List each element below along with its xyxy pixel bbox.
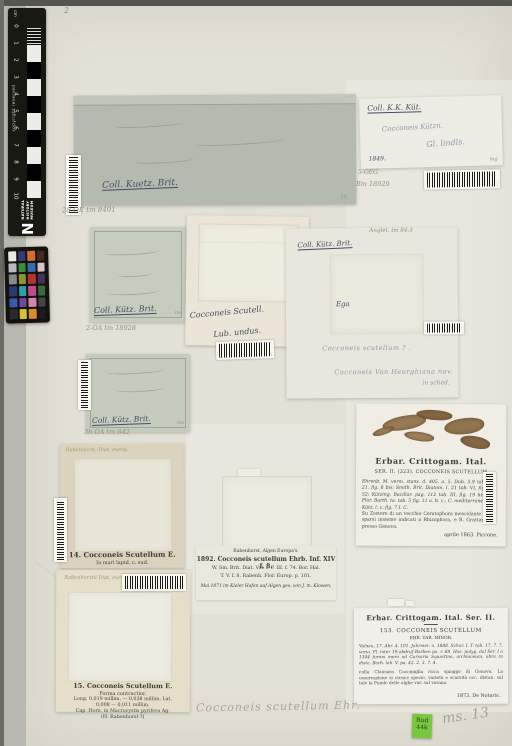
label-measurements: Long. 0,019 millim. — 0,038 millim. Lat. xyxy=(58,697,188,702)
color-swatch xyxy=(10,310,18,320)
color-swatch xyxy=(19,309,27,319)
collection-note: Coll. K.K. Küt. xyxy=(367,102,421,112)
corner-note: ms xyxy=(175,310,182,316)
label-citation: Ehrenb. M. verm. stans. d. 405, a. 5. Du… xyxy=(362,480,486,513)
color-swatch xyxy=(19,286,27,296)
paper-tab xyxy=(388,599,404,606)
collection-note: Coll. Kütz. Brit. xyxy=(297,239,352,249)
pencil-number: Bm 18929 xyxy=(356,180,390,188)
rabenhorst-label-14: Rabenhorst, Diat. europ. 14. Cocconeis S… xyxy=(60,444,185,569)
scanner-bed-edge-left xyxy=(0,0,4,746)
barcode xyxy=(78,360,91,410)
corner-note: mg xyxy=(490,156,498,162)
pencil-note: Anglet. tm 84-3 xyxy=(369,228,412,234)
nhm-logo: N NATURAL HISTORY MUSEUM xyxy=(19,183,37,235)
pencil-accession-note: 28 OE tm 8401 xyxy=(62,206,116,215)
barcode xyxy=(216,340,275,360)
ruler-tick-label: 8 xyxy=(13,157,19,168)
ruler-segment xyxy=(27,45,41,62)
label-sign: aprile 1863. Piccone. xyxy=(444,532,498,538)
corner-note: ms xyxy=(177,420,184,426)
label-variety: EHR. VAR. MINOR. xyxy=(354,636,508,642)
label-citation: Valnea, 17. Abr. 4. 101. Jahrmer. n. 188… xyxy=(359,644,503,667)
label-measurements: 0,008 — 0,011 millim. xyxy=(58,703,188,708)
label-title: 15. Cocconeis Scutellum E. xyxy=(58,682,188,690)
ruler-tick-label: 0 xyxy=(13,21,19,32)
ruler-segment xyxy=(27,113,41,130)
color-swatch xyxy=(38,297,46,307)
color-swatch xyxy=(9,298,17,308)
color-swatch xyxy=(28,297,36,307)
nhm-logo-words: NATURAL HISTORY MUSEUM xyxy=(21,200,34,220)
label-top-right: Coll. K.K. Küt. Cocconeis Kützn. Gl. lin… xyxy=(359,95,503,169)
label-citation: W. Sm. Brit. Diat. Vol. I. P. III. f. 74… xyxy=(196,566,336,571)
label-header: Erbar. Crittogam. Ital. Ser. II. xyxy=(354,613,508,623)
ruler-segment xyxy=(27,130,41,147)
color-swatch xyxy=(27,262,35,272)
erbario-label-2: Erbar. Crittogam. Ital. Ser. II. 153. CO… xyxy=(354,608,508,705)
envelope-flap xyxy=(74,94,356,105)
scanner-bed-edge-top xyxy=(0,0,512,6)
ega-note: Ega xyxy=(336,300,350,308)
taxon-note: Cocconeis Van Heurghiana nov. xyxy=(334,367,453,376)
ruler-tick-label: 10 xyxy=(13,191,19,202)
sched-note: in sched. xyxy=(422,379,449,386)
color-checker-card xyxy=(4,246,50,323)
ruler-segment xyxy=(27,147,41,164)
label-habitat: Su Zostere di un vecchio Ceratophora mes… xyxy=(362,512,486,532)
barcode xyxy=(54,498,67,562)
color-swatch xyxy=(38,286,46,296)
label-title: 14. Cocconeis Scutellum E. xyxy=(64,550,180,560)
color-swatch xyxy=(38,309,46,319)
ruler-segment xyxy=(27,164,41,181)
color-swatch xyxy=(19,298,27,308)
year-note: 1849. xyxy=(369,155,386,162)
color-swatch xyxy=(29,309,37,319)
copyright-text: copyright reserved xyxy=(11,58,19,158)
pencil-accession-note: 2-OA tm 18928 xyxy=(86,324,136,332)
barcode xyxy=(483,472,496,524)
color-swatch xyxy=(37,251,45,261)
label-header: Erbar. Crittogam. Ital. xyxy=(356,456,506,467)
collection-note: Coll. Kuetz. Brit. xyxy=(102,178,178,191)
folded-packet xyxy=(222,476,312,550)
label-header: Rabenhorstii Diat. europ. xyxy=(64,575,128,581)
ruler-unit-label: cm xyxy=(12,10,17,17)
label-habitat: colla Clausura Cocciniglia ricca spiagge… xyxy=(359,670,503,688)
ruler-tick-label: 9 xyxy=(13,174,19,185)
label-number: 153. COCCONEIS SCUTELLUM xyxy=(354,628,508,635)
color-swatch xyxy=(18,274,26,284)
rabenhorst-label-15: Rabenhorstii Diat. europ. 15. Cocconeis … xyxy=(56,570,190,712)
paper-tab xyxy=(406,601,414,606)
ruler-segment xyxy=(27,28,41,45)
color-swatch xyxy=(18,263,26,273)
collection-note: Coll. Kütz. Brit. xyxy=(94,304,157,315)
scan-stage: cm 012345678910 copyright reserved N NAT… xyxy=(0,0,512,746)
label-collector: (H. Rabenhorst ?) xyxy=(58,715,188,720)
barcode xyxy=(122,574,186,591)
taxon-note: Cocconeis Kützn. xyxy=(382,122,444,134)
label-sign: 1873. De Notaris. xyxy=(457,694,500,699)
folded-packet xyxy=(68,592,172,682)
ruler-segment xyxy=(27,96,41,113)
label-series: Rabenhorst, Algen Europa's. xyxy=(196,549,336,554)
color-swatch xyxy=(9,286,17,296)
pencil-mark-top-left: 2 xyxy=(64,6,69,15)
ruler-segment xyxy=(27,79,41,96)
color-swatch xyxy=(18,251,26,261)
signature-note: Gl. lindls. xyxy=(426,137,465,149)
color-swatch xyxy=(8,251,16,261)
color-swatch xyxy=(8,263,16,273)
color-swatch xyxy=(37,274,45,284)
collection-note: Coll. Kütz. Brit. xyxy=(92,414,151,425)
taxon-note: Cocconeis Scutell. xyxy=(189,304,264,320)
label-locality: Mai 1871 im Kieler Hafen auf Algen ges. … xyxy=(196,584,336,589)
pencil-accession-note: 3h OA tm 842 xyxy=(84,428,130,436)
rabenhorst-label-1892: Rabenhorst, Algen Europa's. 1892. Coccon… xyxy=(196,546,336,600)
divider xyxy=(424,624,438,625)
color-swatch xyxy=(37,262,45,272)
green-sticker: Rud 44k xyxy=(412,714,433,739)
green-label-1: Coll. Kütz. Brit. ms xyxy=(90,227,186,322)
color-swatch xyxy=(28,286,36,296)
label-citation: T. V. f. 8. Rabenh. Flor. Europ. p. 101. xyxy=(196,574,336,579)
color-checker-grid xyxy=(8,251,46,320)
green-label-2: Coll. Kütz. Brit. ms xyxy=(86,354,190,432)
sticker-text: 44k xyxy=(412,724,432,732)
right-specimen-sheet: Anglet. tm 84-3 Coll. Kütz. Brit. Ega Co… xyxy=(285,227,458,398)
barcode xyxy=(424,321,464,334)
color-swatch xyxy=(9,275,17,285)
label-header: Rabenhorst, Diat. europ. xyxy=(66,447,129,453)
folded-packet xyxy=(330,254,425,335)
color-swatch xyxy=(27,251,35,261)
taxon-note: Cocconeis scutellum ? . xyxy=(322,344,411,353)
barcode xyxy=(424,169,500,189)
envelope-packet: Coll. Kuetz. Brit. 10. xyxy=(74,94,357,205)
label-subtitle: In mari lapid. c. sud. xyxy=(64,560,180,567)
locality-note: Lub. undus. xyxy=(213,326,262,339)
ruler-segment xyxy=(27,62,41,79)
folded-packet xyxy=(198,223,299,302)
ruler-tick-label: 1 xyxy=(13,38,19,49)
color-swatch xyxy=(28,274,36,284)
pencil-code: 5-OEG xyxy=(358,169,378,176)
label-locality: Cap. Horn, in Macrocystis pyrifera Ag. xyxy=(58,709,188,714)
corner-note: 10. xyxy=(340,194,348,200)
folded-packet xyxy=(74,458,172,553)
nhm-scale-ruler: cm 012345678910 copyright reserved N NAT… xyxy=(8,8,46,236)
nhm-logo-letter: N xyxy=(19,222,37,235)
dried-specimen xyxy=(364,408,498,457)
